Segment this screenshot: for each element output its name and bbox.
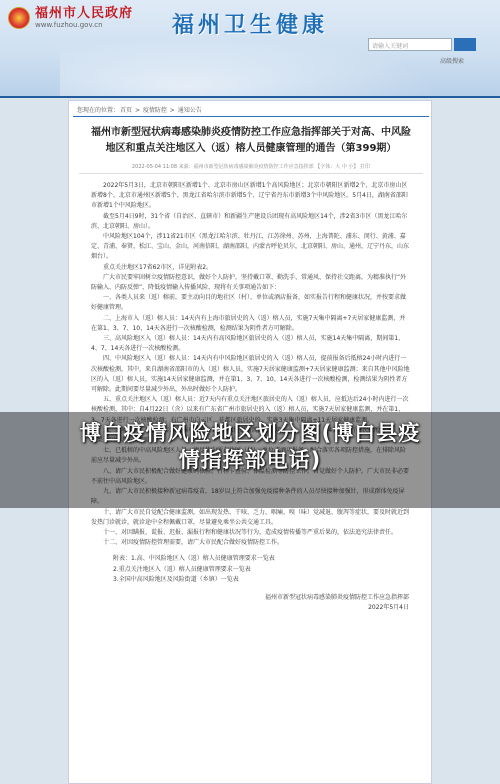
paragraph: 三、高风险地区入（返）榕人员：14天内有高风险地区旅居史的入（返）榕人员，实施1… — [91, 334, 411, 354]
paragraph: 十一、对因瞒报、谎报、迟报、漏报行程和健康状况等行为，造成疫情传播等严重后果的，… — [91, 528, 411, 538]
caption-line-2: 情指挥部电话) — [0, 447, 500, 474]
paragraph: 截至5月4日9时，31个省（自治区、直辖市）和新疆生产建设兵团现有高风险地区14… — [91, 212, 411, 232]
divider — [79, 173, 423, 174]
gov-logo[interactable]: 福州市人民政府 www.fuzhou.gov.cn — [8, 6, 133, 30]
breadcrumb-current[interactable]: 通知公告 — [178, 107, 202, 114]
paragraph: 十、请广大市民自觉配合健康监测，如出现发热、干咳、乏力、咽痛、嗅（味）觉减退、腹… — [91, 508, 411, 528]
attachment-link[interactable]: 3.全国中高风险地区及风险街道（乡镇）一览表 — [91, 575, 411, 585]
advanced-search-link[interactable]: 高级搜索 — [440, 56, 464, 65]
site-title: 福州卫生健康 — [160, 8, 340, 39]
nav-bar — [0, 96, 500, 98]
signature-date: 2022年5月4日 — [91, 603, 411, 613]
paragraph: 四、中风险地区入（返）榕人员：14天内有中风险地区旅居史的入（返）榕人员，提前报… — [91, 354, 411, 395]
paragraph: 广大市民要牢固树立疫情防控意识，做好个人防护，坚持戴口罩、勤洗手、常通风、保持社… — [91, 273, 411, 293]
article-body: 2022年5月3日，北京市朝阳区新增1个、北京市房山区新增1个高风险地区；北京市… — [91, 181, 411, 613]
paragraph: 十二、对因疫情防控管理需要，请广大市民配合做好疫情防控工作。 — [91, 538, 411, 548]
paragraph: 一、各类人员来（返）榕前，要主动向目的地社区（村）、单位或酒店报备，如实报告行程… — [91, 293, 411, 313]
breadcrumb-sep: > — [168, 107, 177, 114]
paragraph: 2022年5月3日，北京市朝阳区新增1个、北京市房山区新增1个高风险地区；北京市… — [91, 181, 411, 212]
caption-line-1: 博白疫情风险地区划分图(博白县疫 — [0, 420, 500, 447]
paragraph: 二、上海市入（返）榕人员：14天内有上海市旅居史的入（返）榕人员，实施7天集中隔… — [91, 314, 411, 334]
caption-text: 博白疫情风险地区划分图(博白县疫 情指挥部电话) — [0, 420, 500, 474]
article-title: 福州市新型冠状病毒感染肺炎疫情防控工作应急指挥部关于对高、中风险地区和重点关注地… — [87, 125, 415, 157]
signature: 福州市新型冠状病毒感染肺炎疫情防控工作应急指挥部 — [91, 593, 411, 603]
breadcrumb-sep: > — [133, 107, 142, 114]
national-emblem-icon — [8, 7, 30, 29]
site-header: 福州市人民政府 www.fuzhou.gov.cn 福州卫生健康 请输入关键词 … — [0, 0, 500, 96]
breadcrumb-label: 您现在的位置： — [77, 107, 119, 114]
paragraph: 重点关注地区17省62市区，详见附表2。 — [91, 263, 411, 273]
logo-title: 福州市人民政府 — [35, 6, 133, 21]
article-meta: 2022-05-04 11:08 来源：福州市新型冠状病毒感染肺炎疫情防控工作应… — [87, 163, 415, 170]
divider — [73, 116, 429, 117]
breadcrumb: 您现在的位置：首页 > 疫情防控 > 通知公告 — [77, 105, 203, 114]
attachments: 附表：1.高、中风险地区入（返）榕人员健康管理要求一览表 2.重点关注地区入（返… — [91, 554, 411, 585]
search-input[interactable]: 请输入关键词 — [368, 38, 452, 51]
logo-url: www.fuzhou.gov.cn — [35, 21, 133, 30]
breadcrumb-home[interactable]: 首页 — [120, 107, 132, 114]
breadcrumb-section[interactable]: 疫情防控 — [143, 107, 167, 114]
paragraph: 中风险地区104个，涉11省21市区（黑龙江哈尔滨、牡丹江，江苏徐州、苏州，上海… — [91, 232, 411, 263]
attachment-link[interactable]: 2.重点关注地区入（返）榕人员健康管理要求一览表 — [91, 565, 411, 575]
attachment-link[interactable]: 附表：1.高、中风险地区入（返）榕人员健康管理要求一览表 — [91, 554, 411, 564]
search-button[interactable] — [454, 38, 476, 51]
